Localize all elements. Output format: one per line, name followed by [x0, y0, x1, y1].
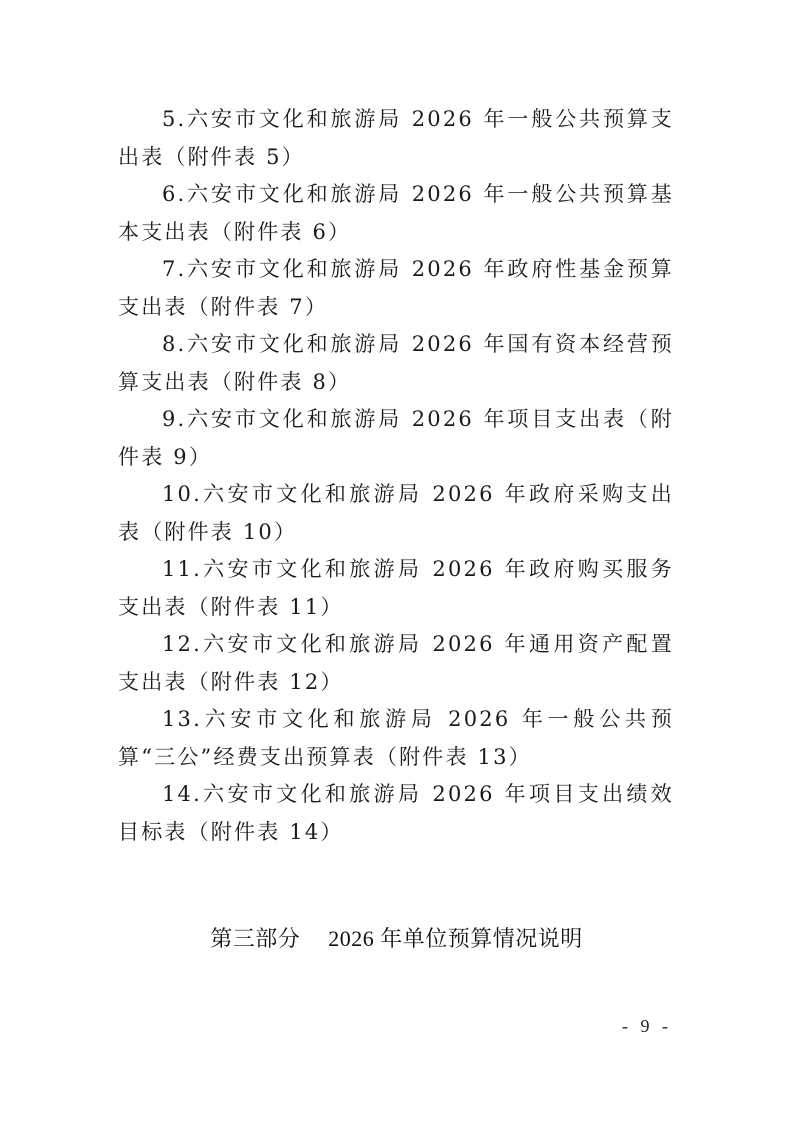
- list-item: 14.六安市文化和旅游局 2026 年项目支出绩效目标表（附件表 14）: [118, 776, 674, 851]
- section-title: 2026 年单位预算情况说明: [328, 926, 583, 951]
- section-heading: 第三部分2026 年单位预算情况说明: [0, 922, 793, 953]
- list-item: 8.六安市文化和旅游局 2026 年国有资本经营预算支出表（附件表 8）: [118, 326, 674, 401]
- list-item: 10.六安市文化和旅游局 2026 年政府采购支出表（附件表 10）: [118, 476, 674, 551]
- list-item: 12.六安市文化和旅游局 2026 年通用资产配置支出表（附件表 12）: [118, 626, 674, 701]
- list-item: 13.六安市文化和旅游局 2026 年一般公共预算“三公”经费支出预算表（附件表…: [118, 701, 674, 776]
- section-part-label: 第三部分: [210, 927, 300, 952]
- appendix-list: 5.六安市文化和旅游局 2026 年一般公共预算支出表（附件表 5） 6.六安市…: [118, 101, 674, 851]
- list-item: 9.六安市文化和旅游局 2026 年项目支出表（附件表 9）: [118, 401, 674, 476]
- list-item: 11.六安市文化和旅游局 2026 年政府购买服务支出表（附件表 11）: [118, 551, 674, 626]
- page-number: - 9 -: [622, 1016, 672, 1037]
- list-item: 7.六安市文化和旅游局 2026 年政府性基金预算支出表（附件表 7）: [118, 251, 674, 326]
- list-item: 6.六安市文化和旅游局 2026 年一般公共预算基本支出表（附件表 6）: [118, 176, 674, 251]
- document-page: 5.六安市文化和旅游局 2026 年一般公共预算支出表（附件表 5） 6.六安市…: [0, 0, 793, 1122]
- list-item: 5.六安市文化和旅游局 2026 年一般公共预算支出表（附件表 5）: [118, 101, 674, 176]
